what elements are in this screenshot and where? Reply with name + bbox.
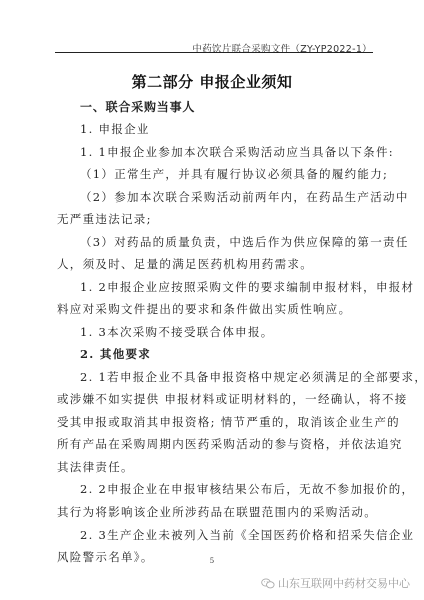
page-number: 5 xyxy=(0,557,424,565)
subheading-declaring-enterprise: 1. 申报企业 xyxy=(80,121,150,137)
paragraph-2-1-line5: 其法律责任。 xyxy=(57,459,134,475)
source-watermark: 山东互联网中药材交易中心 xyxy=(261,575,410,591)
paragraph-2-1-line4: 所有产品在采购周期内医药采购活动的参与资格，并依法追究 xyxy=(57,436,403,452)
paragraph-2-3-line1: 2. 3生产企业未被列入当前《全国医药价格和招采失信企业 xyxy=(80,527,414,543)
list-item-2-line2: 无严重违法记录; xyxy=(57,211,152,227)
subheading-other-requirements: 2. 其他要求 xyxy=(80,346,151,362)
list-item-3-line1: （3）对药品的质量负责，中选后作为供应保障的第一责任 xyxy=(80,234,409,250)
paragraph-2-1-line3: 受其申报或取消其申报资格; 情节严重的，取消该企业生产的 xyxy=(57,414,400,430)
paragraph-2-2-line1: 2. 2申报企业在申报审核结果公布后，无故不参加报价的， xyxy=(80,481,414,497)
wechat-icon xyxy=(261,578,275,589)
header-divider xyxy=(55,52,373,53)
paragraph-2-2-line2: 其行为将影响该企业所涉药品在联盟范围内的采购活动。 xyxy=(57,504,377,520)
paragraph-1-1: 1. 1申报企业参加本次联合采购活动应当具备以下条件: xyxy=(80,144,394,160)
watermark-text: 山东互联网中药材交易中心 xyxy=(278,575,410,591)
paragraph-2-1-line2: 或涉嫌不如实提供 申报材料或证明材料的，一经确认，将不接 xyxy=(57,391,408,407)
paragraph-1-2-line2: 料应对采购文件提出的要求和条件做出实质性响应。 xyxy=(57,301,351,317)
list-item-1: （1）正常生产，并具有履行协议必须具备的履约能力; xyxy=(80,166,388,182)
paragraph-1-3: 1. 3本次采购不接受联合体申报。 xyxy=(80,324,274,340)
list-item-3-line2: 人，须及时、足量的满足医药机构用药需求。 xyxy=(57,256,313,272)
paragraph-2-1-line1: 2. 1若申报企业不具备申报资格中规定必须满足的全部要求， xyxy=(80,369,424,385)
paragraph-1-2-line1: 1. 2申报企业应按照采购文件的要求编制申报材料，申报材 xyxy=(80,279,414,295)
list-item-2-line1: （2）参加本次联合采购活动前两年内，在药品生产活动中 xyxy=(80,189,409,205)
section-heading-1: 一、联合采购当事人 xyxy=(80,98,195,115)
page-title: 第二部分 申报企业须知 xyxy=(0,71,424,92)
document-page: 中药饮片联合采购文件（ZY-YP2022-1） 第二部分 申报企业须知 一、联合… xyxy=(0,0,424,600)
